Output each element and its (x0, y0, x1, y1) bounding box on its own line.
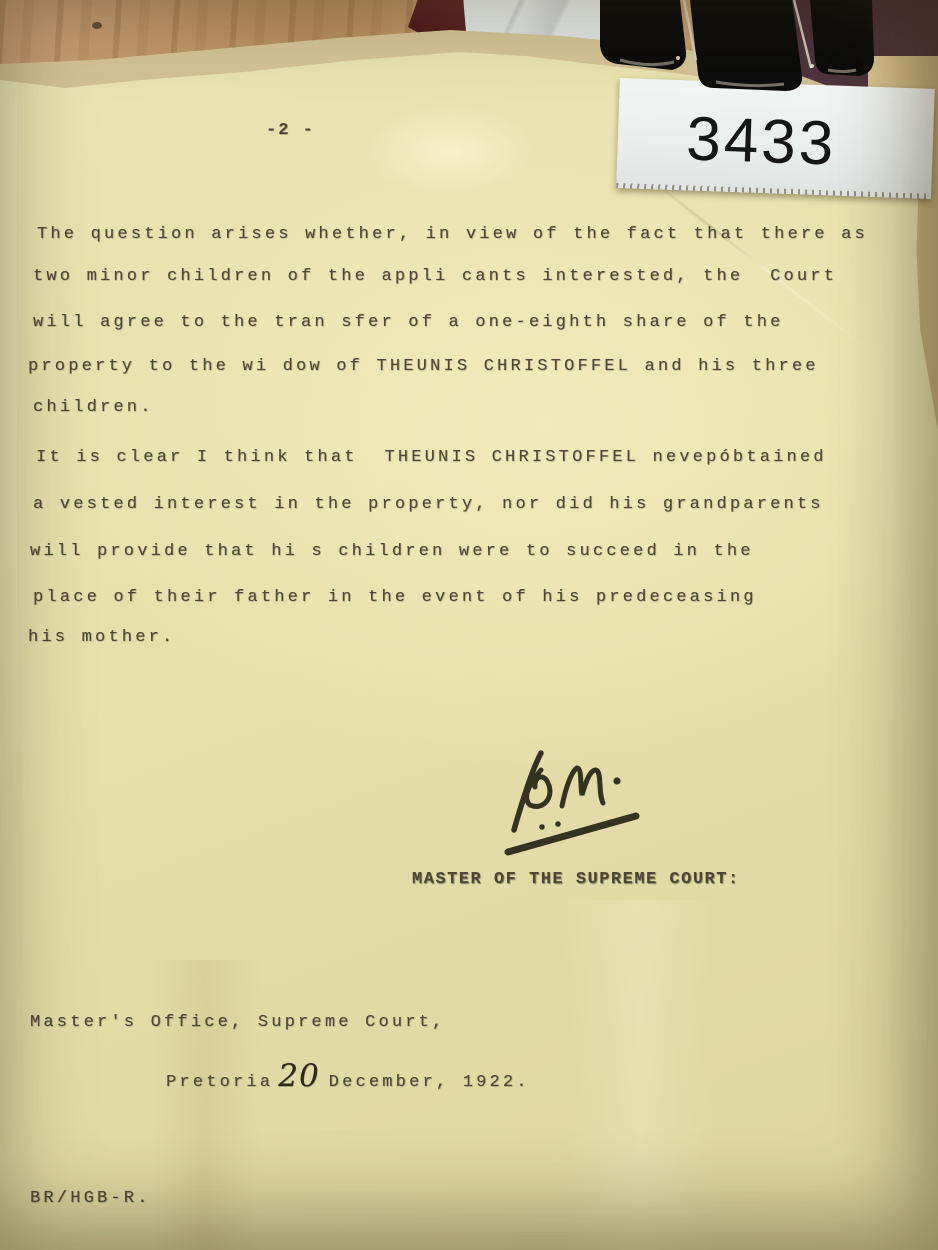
signatory-title: MASTER OF THE SUPREME COURT: (412, 869, 740, 890)
office-line: Master's Office, Supreme Court, (30, 1012, 445, 1033)
paper-crease (560, 900, 720, 1250)
typed-line: will provide that hi s children were to … (30, 541, 754, 562)
reference-code: BR/HGB-R. (30, 1188, 151, 1209)
typed-line: place of their father in the event of hi… (33, 587, 757, 608)
typed-line: a vested interest in the property, nor d… (33, 494, 824, 515)
typed-line: his mother. (28, 627, 175, 648)
page-left-edge-strip (0, 56, 17, 796)
page-number: -2 - (266, 120, 315, 141)
date-day-handwritten: 20 (278, 1058, 319, 1094)
date-line: Pretoria 20 December, 1922. (166, 1058, 530, 1094)
typed-line: It is clear I think that THEUNIS CHRISTO… (36, 447, 827, 468)
paper-fold-highlight (330, 86, 570, 216)
photo-root: -2 - The question arises whether, in vie… (0, 0, 938, 1250)
binder-clip-icon (588, 0, 878, 108)
typed-line: The question arises whether, in view of … (37, 224, 868, 245)
date-rest: December, 1922. (329, 1073, 530, 1092)
date-city: Pretoria (166, 1073, 273, 1092)
signature-initials (478, 740, 678, 865)
wood-knot (92, 22, 102, 29)
typed-line: will agree to the tran sfer of a one-eig… (33, 312, 784, 333)
typed-line: children. (33, 397, 154, 418)
typed-line: property to the wi dow of THEUNIS CHRIST… (28, 356, 819, 377)
archive-tag-number: 3433 (685, 103, 837, 179)
typed-line: two minor children of the appli cants in… (33, 266, 837, 287)
paper-crease (150, 960, 260, 1250)
